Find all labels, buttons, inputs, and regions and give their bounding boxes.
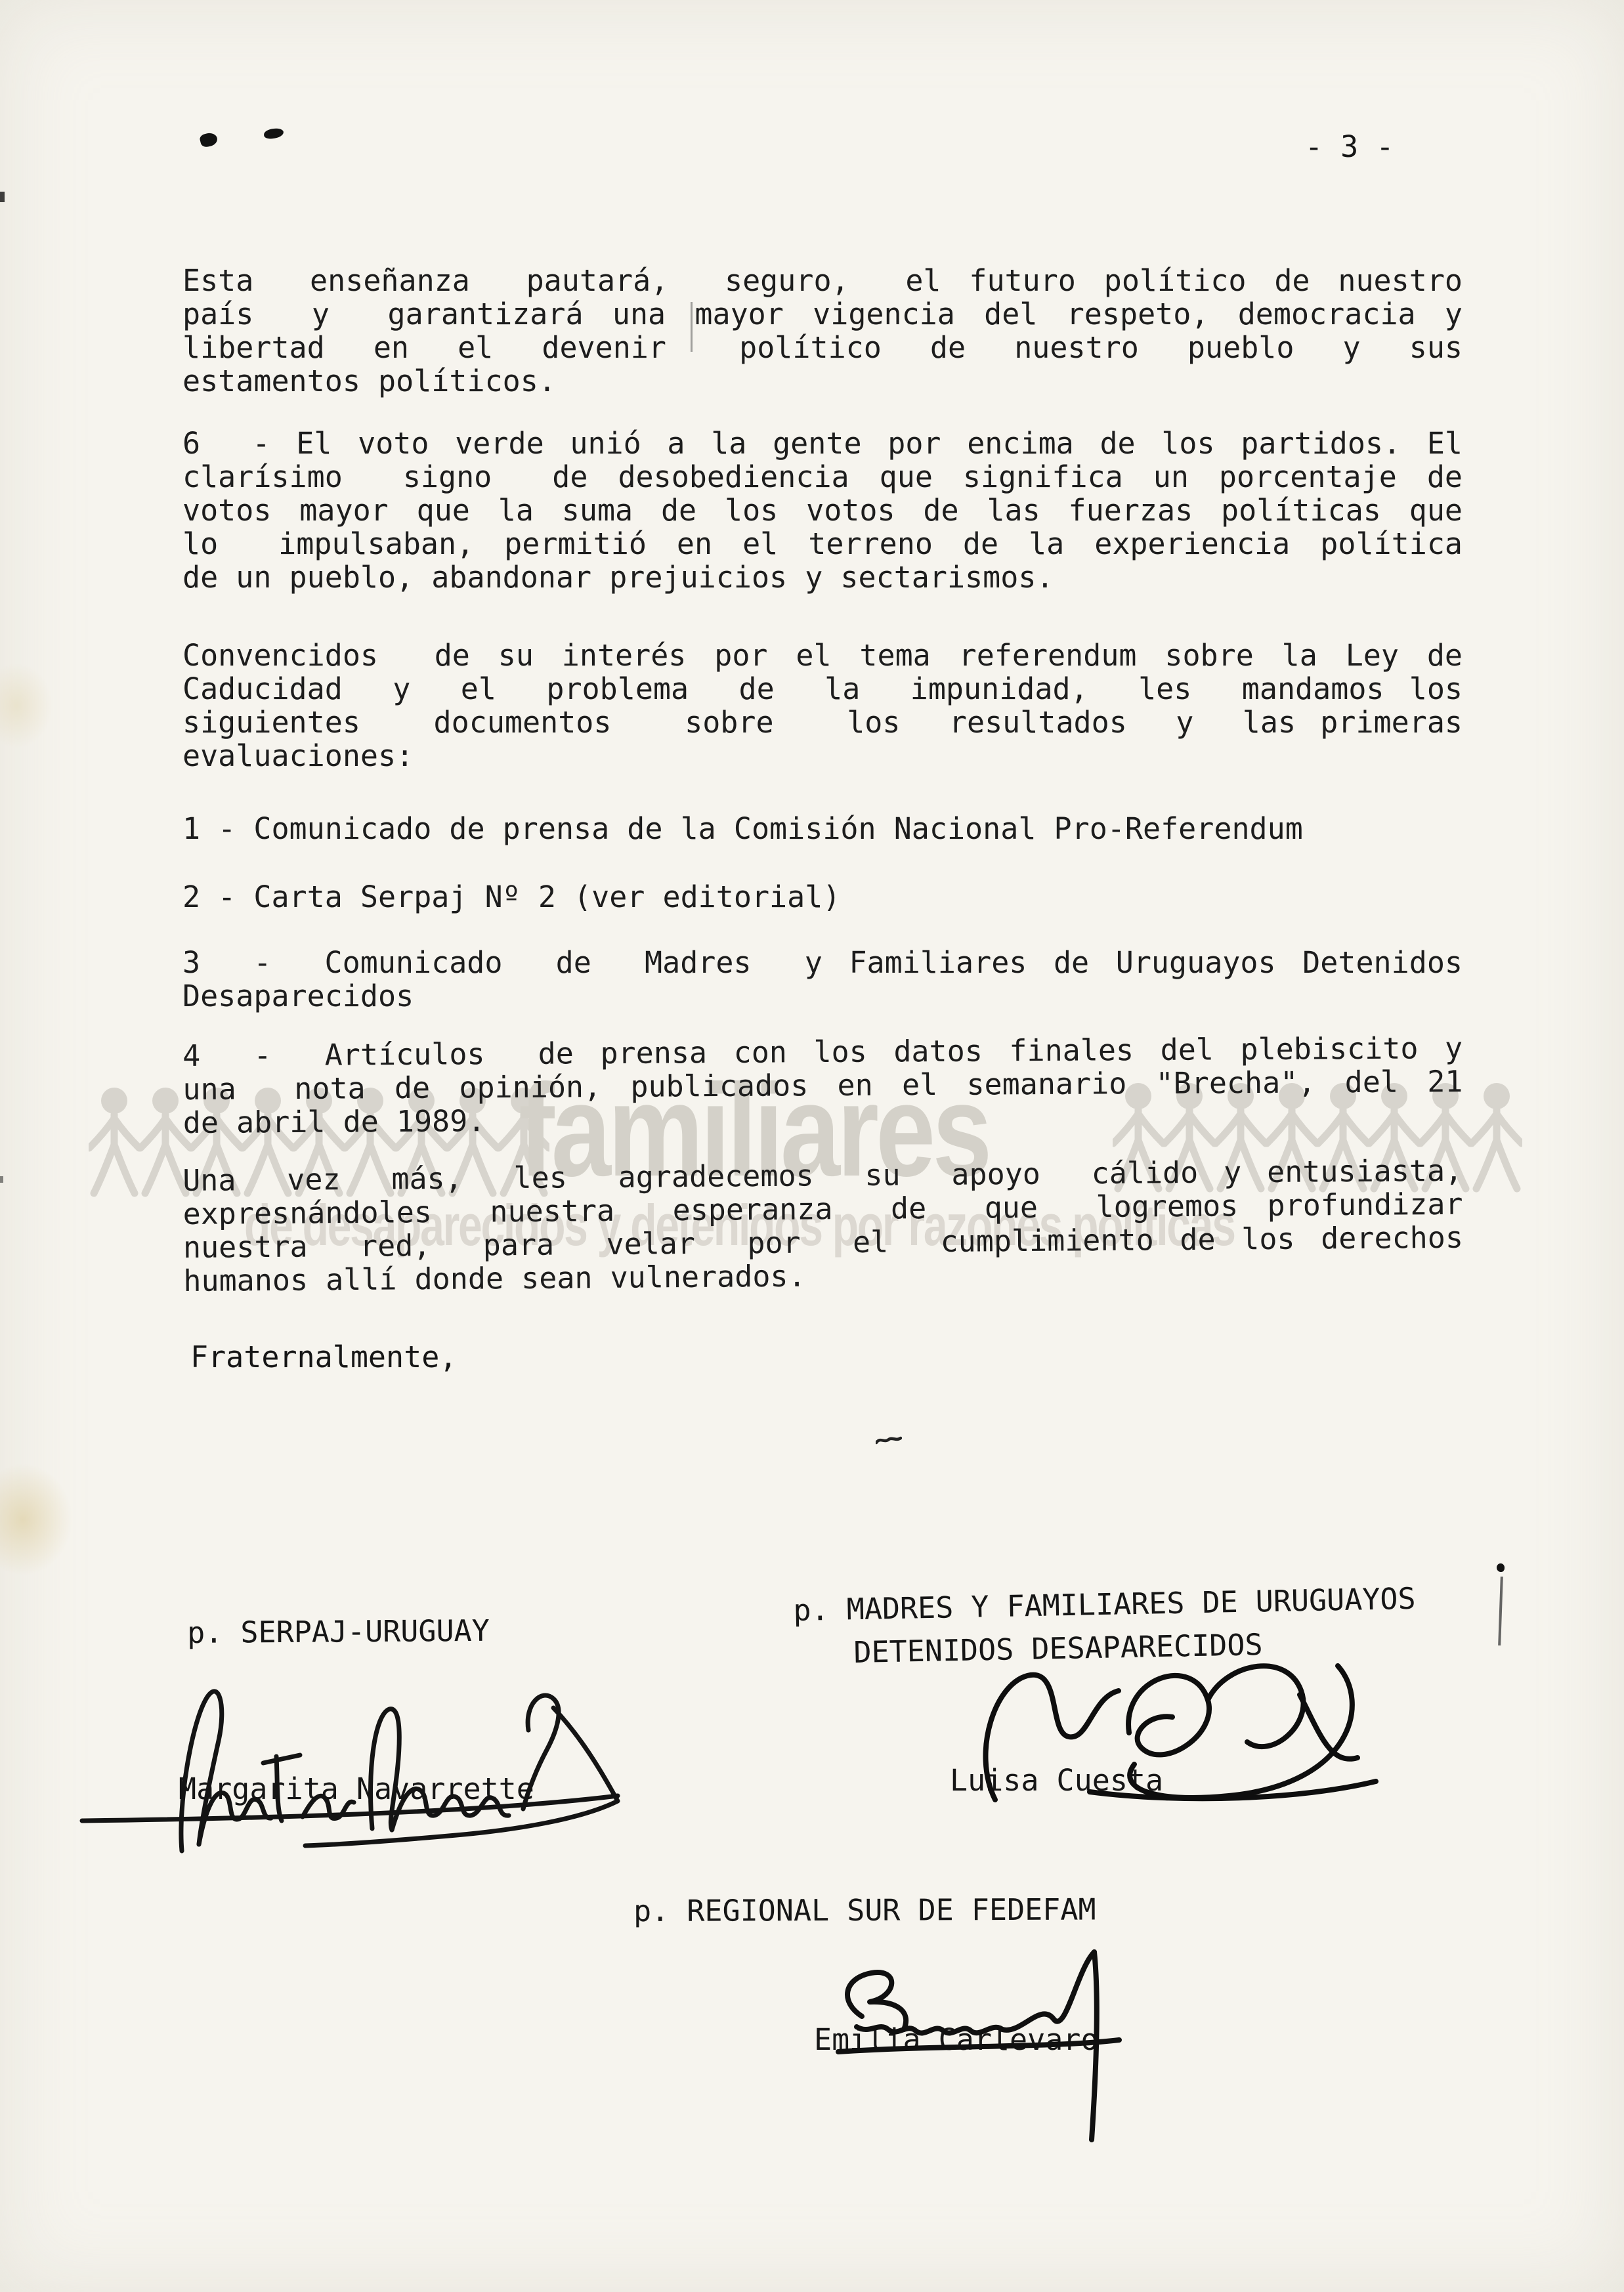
- signature-org-madres-line1: p. MADRES Y FAMILIARES DE URUGUAYOS: [793, 1582, 1416, 1627]
- text-line: lo impulsaban, permitió en el terreno de…: [182, 527, 1463, 561]
- text-line: Esta enseñanza pautará, seguro, el futur…: [182, 264, 1463, 297]
- text-line: 2 - Carta Serpaj Nº 2 (ver editorial): [182, 880, 1463, 914]
- text-line: de un pueblo, abandonar prejuicios y sec…: [182, 561, 1463, 594]
- handwritten-signature-emilia: [791, 1923, 1159, 2153]
- paper-stain: [0, 1464, 72, 1575]
- paragraph-point-6: 6 - El voto verde unió a la gente por en…: [182, 427, 1463, 594]
- text-line: una nota de opinión, publicados en el se…: [182, 1065, 1463, 1106]
- paragraph-convencidos: Convencidos de su interés por el tema re…: [182, 639, 1463, 773]
- text-line: Convencidos de su interés por el tema re…: [182, 639, 1463, 672]
- text-line: estamentos políticos.: [182, 364, 1463, 398]
- paragraph-intro: Esta enseñanza pautará, seguro, el futur…: [182, 264, 1463, 398]
- paper-stain: [0, 663, 53, 748]
- text-line: Desaparecidos: [182, 979, 1463, 1013]
- text-line: siguientes documentos sobre los resultad…: [182, 706, 1463, 739]
- text-line: libertad en el devenir político de nuest…: [182, 331, 1463, 364]
- ink-mark: [199, 131, 219, 148]
- scan-line-artifact: [691, 302, 693, 352]
- signature-org-serpaj: p. SERPAJ-URUGUAY: [187, 1614, 490, 1649]
- list-item-4: 4 - Artículos de prensa con los datos fi…: [182, 1031, 1463, 1139]
- list-item-1: 1 - Comunicado de prensa de la Comisión …: [182, 812, 1463, 845]
- edge-mark: [0, 1176, 3, 1183]
- text-line: 1 - Comunicado de prensa de la Comisión …: [182, 812, 1463, 845]
- ink-mark: [263, 128, 284, 140]
- handwritten-signature-luisa: [932, 1634, 1405, 1818]
- page-number: - 3 -: [1305, 130, 1394, 163]
- text-line: 6 - El voto verde unió a la gente por en…: [182, 427, 1463, 460]
- text-line: país y garantizará una mayor vigencia de…: [182, 297, 1463, 331]
- squiggle-mark: [876, 1435, 902, 1447]
- handwritten-signature-margarita: [69, 1654, 660, 1877]
- text-line: votos mayor que la suma de los votos de …: [182, 494, 1463, 527]
- list-item-2: 2 - Carta Serpaj Nº 2 (ver editorial): [182, 880, 1463, 914]
- text-line: evaluaciones:: [182, 739, 1463, 773]
- paragraph-unavez: Una vez más, les agradecemos su apoyo cá…: [182, 1154, 1464, 1298]
- signature-org-fedefam: p. REGIONAL SUR DE FEDEFAM: [633, 1893, 1096, 1928]
- text-line: Caducidad y el problema de la impunidad,…: [182, 672, 1463, 706]
- scanned-letter-page: familiares de desaparecidos y detenidos …: [0, 0, 1624, 2292]
- text-line: 3 - Comunicado de Madres y Familiares de…: [182, 946, 1463, 979]
- text-line: clarísimo signo de desobediencia que sig…: [182, 460, 1463, 494]
- list-item-3: 3 - Comunicado de Madres y Familiares de…: [182, 946, 1463, 1013]
- pen-line-artifact: [1498, 1577, 1503, 1645]
- pen-dot-artifact: [1497, 1563, 1505, 1572]
- edge-mark: [0, 192, 5, 202]
- closing-line: Fraternalmente,: [190, 1340, 457, 1374]
